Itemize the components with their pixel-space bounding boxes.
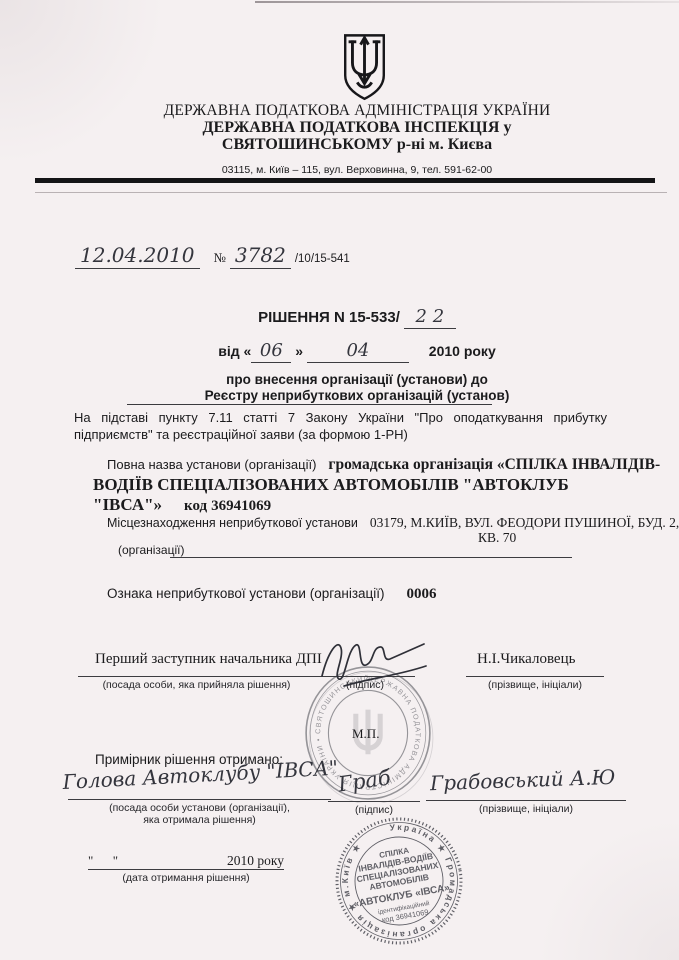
receipt-date-sublabel: (дата отримання рішення)	[96, 872, 276, 884]
letterhead-inspection-line2: СВЯТОШИНСЬКОМУ р-ні м. Києва	[35, 136, 679, 154]
org-name-line2: ВОДІЇВ СПЕЦІАЛІЗОВАНИХ АВТОМОБІЛІВ "АВТО…	[93, 475, 569, 495]
org-name-line1: Повна назва установи (організації) грома…	[107, 456, 660, 474]
subject-line2: Реєстру неприбуткових організацій (устан…	[35, 388, 679, 403]
org-location-line: Місцезнаходження неприбуткової установи …	[107, 514, 679, 532]
scanned-document-page: ДЕРЖАВНА ПОДАТКОВА АДМІНІСТРАЦІЯ УКРАЇНИ…	[0, 0, 679, 960]
org-name-part3: "ІВСА"»	[93, 495, 162, 514]
decision-date-row: від «06 » 04 2010 року	[35, 340, 679, 363]
approver-name-sublabel: (прізвище, ініціали)	[466, 676, 604, 691]
receipt-date-quotes: " "	[88, 853, 118, 869]
from-label: від	[218, 343, 239, 359]
subject-divider	[127, 404, 492, 405]
letterhead-divider-shadow	[35, 192, 667, 193]
seal-mark: М.П.	[352, 726, 379, 742]
org-location-underline	[170, 557, 572, 558]
nonprofit-code-label: Ознака неприбуткової установи (організац…	[107, 586, 385, 601]
decision-title-row: РІШЕННЯ N 15-533/ 2 2	[35, 306, 679, 329]
approver-name: Н.І.Чикаловець	[477, 651, 575, 668]
letterhead-inspection-line1: ДЕРЖАВНА ПОДАТКОВА ІНСПЕКЦІЯ у	[35, 119, 679, 137]
handwritten-day: 06	[251, 340, 291, 363]
number-sign: №	[214, 250, 226, 265]
handwritten-month: 04	[307, 340, 409, 363]
subject-line1: про внесення організації (установи) до	[35, 372, 679, 387]
org-location-value: 03179, М.КИЇВ, ВУЛ. ФЕОДОРИ ПУШИНОЇ, БУД…	[370, 515, 679, 530]
close-quote: »	[295, 343, 303, 359]
receipt-date-year: 2010 року	[227, 853, 284, 869]
ref-number-suffix: /10/15-541	[295, 253, 350, 265]
nonprofit-code-value: 0006	[407, 586, 437, 602]
reference-line: 12.04.2010 № 3782 /10/15-541	[75, 243, 350, 267]
org-location-value2: КВ. 70	[478, 530, 516, 546]
letterhead-address: 03115, м. Київ – 115, вул. Верховинна, 9…	[35, 164, 679, 176]
handwritten-ref-number: 3782	[230, 243, 291, 269]
org-code-label: код	[184, 498, 207, 514]
approver-position-sublabel: (посада особи, яка прийняла рішення)	[78, 676, 315, 691]
receiver-name-sublabel: (прізвище, ініціали)	[426, 800, 626, 815]
letterhead-divider-thick	[35, 178, 655, 183]
open-quote: «	[244, 343, 252, 359]
nonprofit-code-line: Ознака неприбуткової установи (організац…	[107, 585, 437, 603]
scan-artifact-top	[255, 1, 679, 3]
org-name-line3: "ІВСА"» код 36941069	[93, 495, 271, 515]
org-location-sublabel: (організації)	[118, 543, 184, 557]
receiver-signature-sublabel: (підпис)	[328, 801, 420, 816]
ukraine-trident-emblem	[342, 33, 387, 102]
org-name-label: Повна назва установи (організації)	[107, 457, 316, 472]
year-label: 2010 року	[429, 343, 496, 359]
receiver-position-sublabel2: яка отримала рішення)	[68, 814, 331, 826]
receipt-date-row: " " 2010 року	[88, 849, 284, 870]
handwritten-decision-number: 2 2	[404, 306, 456, 329]
letterhead-agency: ДЕРЖАВНА ПОДАТКОВА АДМІНІСТРАЦІЯ УКРАЇНИ	[35, 102, 679, 120]
organization-round-stamp: Україна ★ Громадська організація ★ м.Киї…	[323, 805, 476, 958]
org-name-part1: громадська організація «СПІЛКА ІНВАЛІДІВ…	[328, 456, 660, 473]
official-signature-stroke	[318, 636, 430, 694]
org-location-label: Місцезнаходження неприбуткової установи	[107, 516, 358, 530]
receiver-position-sublabel1: (посада особи установи (організації),	[68, 802, 331, 814]
handwritten-receiver-name: Грабовський А.Ю	[430, 765, 616, 795]
handwritten-ref-date: 12.04.2010	[75, 243, 200, 269]
approver-position: Перший заступник начальника ДПІ	[95, 651, 322, 668]
org-code-value: 36941069	[211, 498, 271, 514]
receiver-position-line: (посада особи установи (організації), як…	[68, 799, 331, 826]
legal-basis-paragraph: На підставі пункту 7.11 статті 7 Закону …	[74, 410, 607, 443]
decision-title: РІШЕННЯ N 15-533/	[258, 309, 400, 326]
